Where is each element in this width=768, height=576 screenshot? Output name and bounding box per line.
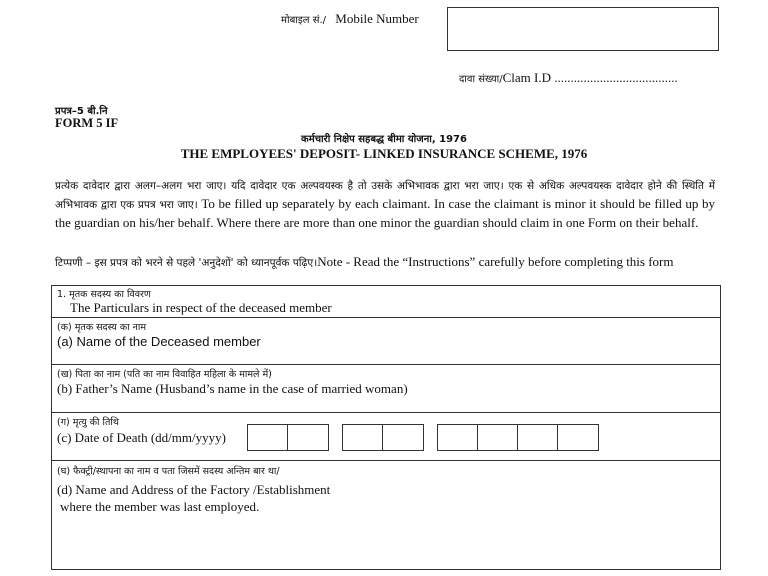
month-digit-2[interactable] xyxy=(383,425,423,450)
deceased-name-label: (a) Name of the Deceased member xyxy=(57,334,261,349)
father-name-hindi: (ख) पिता का नाम (पति का नाम विवाहित महिल… xyxy=(57,367,272,380)
date-month-boxes xyxy=(342,424,424,451)
note-paragraph: टिप्पणी – इस प्रपत्र को भरने से पहले 'अन… xyxy=(55,253,715,272)
year-digit-1[interactable] xyxy=(438,425,478,450)
factory-address-row[interactable]: (घ) फैक्ट्री/स्थापना का नाम व पता जिसमें… xyxy=(52,460,720,569)
claim-label-english: Clam I.D xyxy=(503,70,551,85)
date-of-death-label: (c) Date of Death (dd/mm/yyyy) xyxy=(57,430,226,446)
section-1-hindi: 1. मृतक सदस्य का विवरण xyxy=(57,287,151,300)
form-code: FORM 5 IF xyxy=(55,116,118,131)
mobile-number-label: मोबाइल सं./ Mobile Number xyxy=(281,11,419,27)
instructions-paragraph: प्रत्येक दावेदार द्वारा अलग–अलग भरा जाए।… xyxy=(55,176,715,232)
section-1-english: The Particulars in respect of the deceas… xyxy=(70,300,332,316)
father-name-row[interactable]: (ख) पिता का नाम (पति का नाम विवाहित महिल… xyxy=(52,364,720,412)
father-name-label: (b) Father’s Name (Husband’s name in the… xyxy=(57,381,408,397)
deceased-name-row[interactable]: (क) मृतक सदस्य का नाम (a) Name of the De… xyxy=(52,317,720,364)
day-digit-2[interactable] xyxy=(288,425,328,450)
date-of-death-hindi: (ग) मृत्यु की तिथि xyxy=(57,415,119,428)
mobile-label-english: Mobile Number xyxy=(335,11,418,26)
note-hindi: टिप्पणी – इस प्रपत्र को भरने से पहले 'अन… xyxy=(55,257,317,269)
section-1-header: 1. मृतक सदस्य का विवरण The Particulars i… xyxy=(52,286,720,317)
scheme-title: THE EMPLOYEES' DEPOSIT- LINKED INSURANCE… xyxy=(0,146,768,162)
form-code-hindi: प्रपत्र–5 बी.नि xyxy=(55,103,108,117)
factory-address-label: (d) Name and Address of the Factory /Est… xyxy=(57,482,330,498)
scheme-title-hindi: कर्मचारी निक्षेप सहबद्ध बीमा योजना, 1976 xyxy=(0,131,768,145)
date-day-boxes xyxy=(247,424,329,451)
claim-id-input[interactable]: ...................................... xyxy=(554,70,678,85)
mobile-number-field[interactable] xyxy=(447,7,719,51)
claim-id-field: दावा संख्या/Clam I.D ...................… xyxy=(459,70,678,86)
year-digit-2[interactable] xyxy=(478,425,518,450)
month-digit-1[interactable] xyxy=(343,425,383,450)
note-english: Note - Read the “Instructions” carefully… xyxy=(317,254,673,269)
year-digit-3[interactable] xyxy=(518,425,558,450)
deceased-name-hindi: (क) मृतक सदस्य का नाम xyxy=(57,320,146,333)
claim-label-hindi: दावा संख्या/ xyxy=(459,74,503,85)
day-digit-1[interactable] xyxy=(248,425,288,450)
date-year-boxes xyxy=(437,424,599,451)
year-digit-4[interactable] xyxy=(558,425,598,450)
factory-address-hindi: (घ) फैक्ट्री/स्थापना का नाम व पता जिसमें… xyxy=(57,464,280,477)
mobile-label-hindi: मोबाइल सं./ xyxy=(281,15,326,26)
factory-address-label-cont: where the member was last employed. xyxy=(60,499,259,515)
